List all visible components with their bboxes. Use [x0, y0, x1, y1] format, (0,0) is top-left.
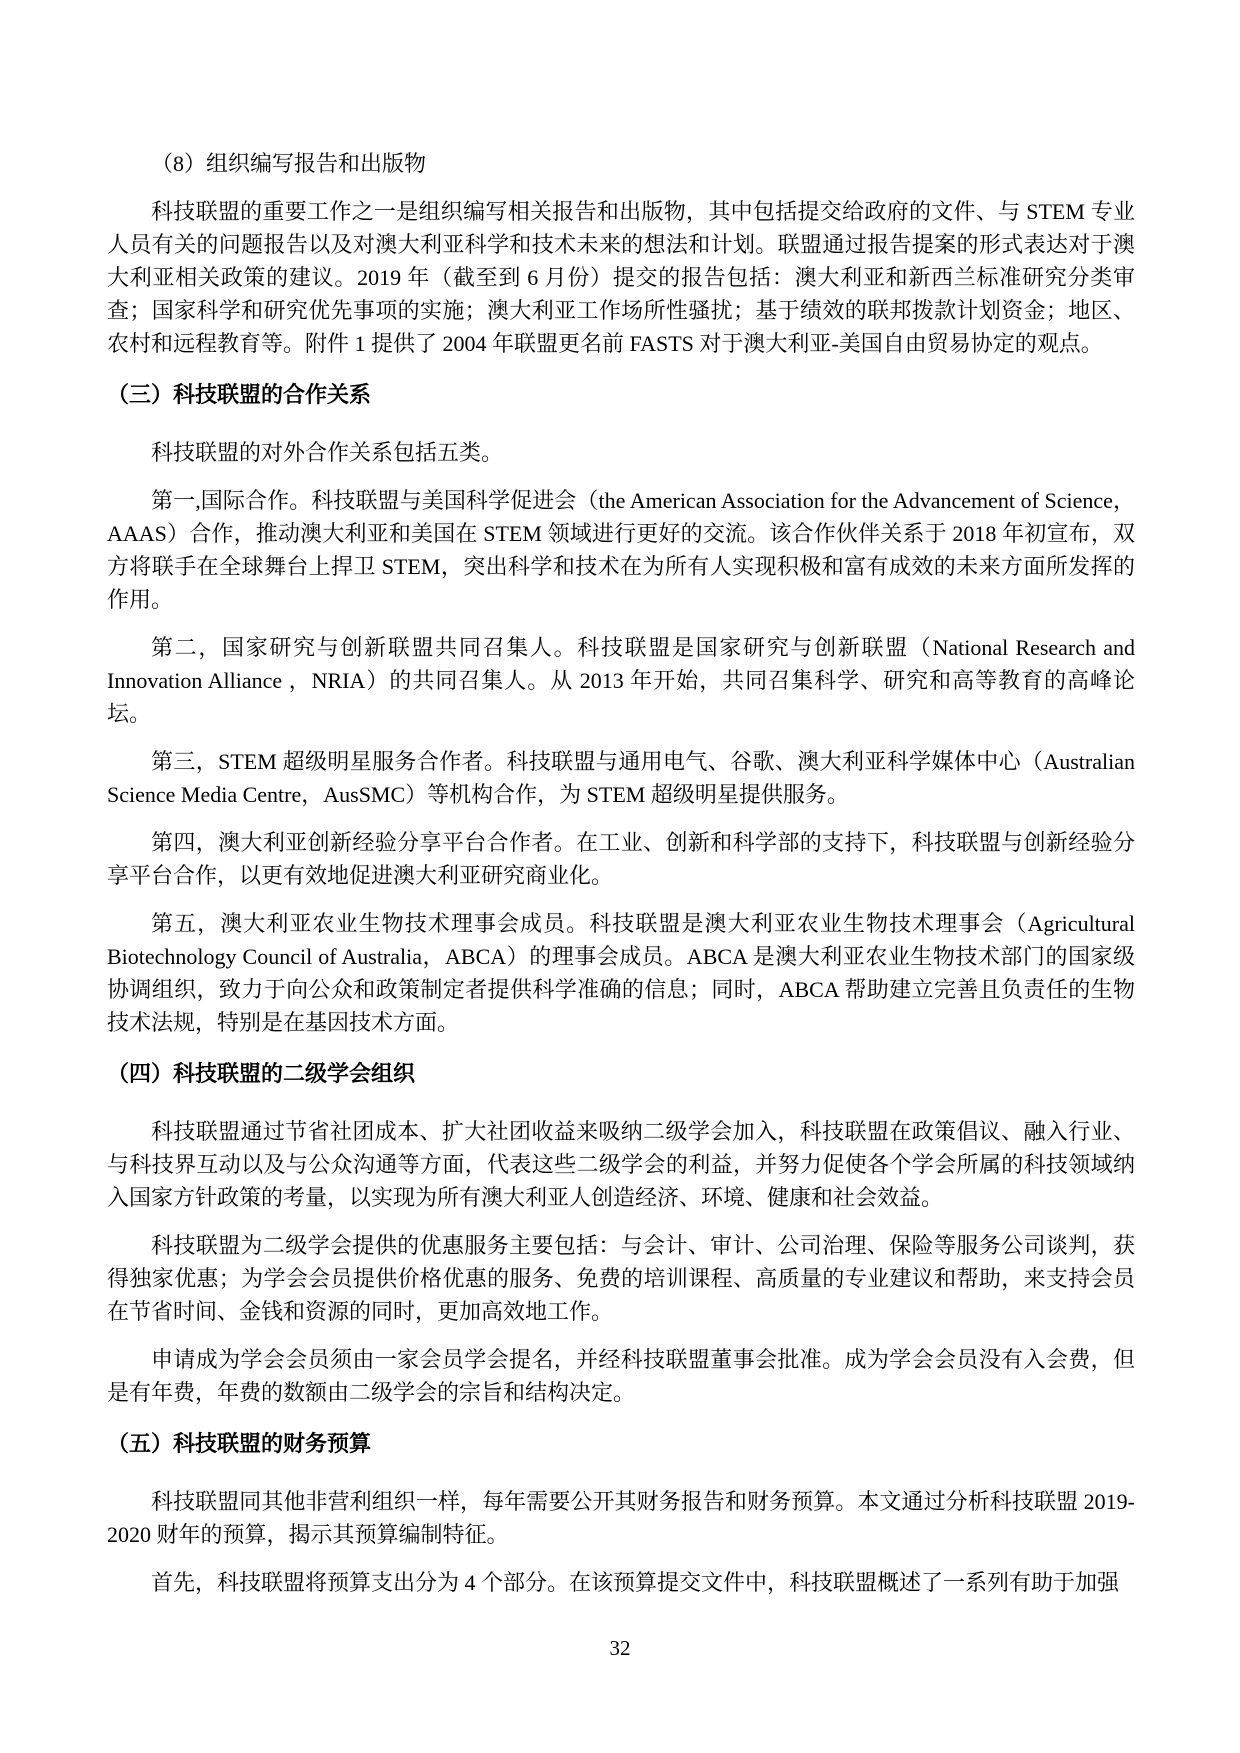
- section-heading-budget: （五）科技联盟的财务预算: [107, 1427, 1135, 1460]
- document-page: （8）组织编写报告和出版物 科技联盟的重要工作之一是组织编写相关报告和出版物，其…: [0, 0, 1240, 1753]
- paragraph-fifth-abca: 第五，澳大利亚农业生物技术理事会成员。科技联盟是澳大利亚农业生物技术理事会（Ag…: [107, 907, 1135, 1039]
- paragraph-second-nria: 第二，国家研究与创新联盟共同召集人。科技联盟是国家研究与创新联盟（Nationa…: [107, 631, 1135, 730]
- subitem-8-reports-publications: （8）组织编写报告和出版物: [107, 147, 1135, 180]
- document-content: （8）组织编写报告和出版物 科技联盟的重要工作之一是组织编写相关报告和出版物，其…: [107, 147, 1135, 1614]
- paragraph-budget-intro: 科技联盟同其他非营利组织一样，每年需要公开其财务报告和财务预算。本文通过分析科技…: [107, 1485, 1135, 1551]
- paragraph-fourth-innovation-platform: 第四，澳大利亚创新经验分享平台合作者。在工业、创新和科学部的支持下，科技联盟与创…: [107, 826, 1135, 892]
- paragraph-reports-overview: 科技联盟的重要工作之一是组织编写相关报告和出版物，其中包括提交给政府的文件、与 …: [107, 195, 1135, 360]
- page-number: 32: [0, 1636, 1240, 1661]
- paragraph-secondary-societies-intro: 科技联盟通过节省社团成本、扩大社团收益来吸纳二级学会加入，科技联盟在政策倡议、融…: [107, 1115, 1135, 1214]
- paragraph-member-services: 科技联盟为二级学会提供的优惠服务主要包括：与会计、审计、公司治理、保险等服务公司…: [107, 1229, 1135, 1328]
- paragraph-five-types: 科技联盟的对外合作关系包括五类。: [107, 436, 1135, 469]
- section-heading-secondary-societies: （四）科技联盟的二级学会组织: [107, 1057, 1135, 1090]
- paragraph-third-stem-superstars: 第三，STEM 超级明星服务合作者。科技联盟与通用电气、谷歌、澳大利亚科学媒体中…: [107, 745, 1135, 811]
- paragraph-membership-application: 申请成为学会会员须由一家会员学会提名，并经科技联盟董事会批准。成为学会会员没有入…: [107, 1343, 1135, 1409]
- paragraph-first-international-aaas: 第一,国际合作。科技联盟与美国科学促进会（the American Associ…: [107, 484, 1135, 616]
- paragraph-budget-four-parts: 首先，科技联盟将预算支出分为 4 个部分。在该预算提交文件中，科技联盟概述了一系…: [107, 1566, 1135, 1599]
- section-heading-cooperation: （三）科技联盟的合作关系: [107, 378, 1135, 411]
